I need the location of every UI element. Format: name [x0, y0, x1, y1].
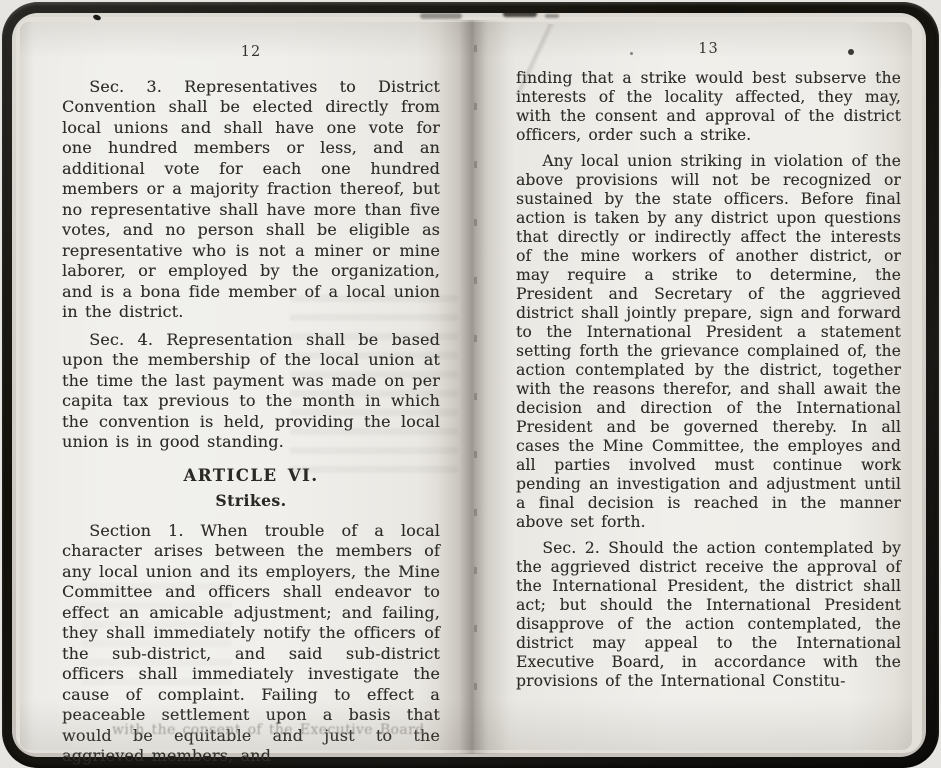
right-page: 13 finding that a strike would best subs… [472, 22, 912, 750]
page-number-left: 12 [62, 42, 440, 63]
bleedthrough-text: with the consent of the Executive Board [112, 722, 443, 738]
right-page-text-column: 13 finding that a strike would best subs… [516, 40, 901, 698]
scan-smudge [420, 13, 462, 19]
ink-speck [630, 52, 633, 55]
heading-article-vi: ARTICLE VI. [62, 466, 440, 487]
page-number-right: 13 [516, 40, 901, 59]
ink-speck [848, 49, 854, 55]
left-page: 12 Sec. 3. Representatives to District C… [20, 22, 472, 750]
paragraph-finding-continuation: finding that a strike would best subserv… [516, 69, 901, 145]
book-scan: 12 Sec. 3. Representatives to District C… [0, 0, 941, 768]
paragraph-any-local-union: Any local union striking in violation of… [516, 152, 901, 532]
scan-smudge [503, 10, 537, 17]
scan-smudge [545, 14, 559, 18]
heading-strikes: Strikes. [62, 491, 440, 512]
paragraph-sec-3: Sec. 3. Representatives to District Conv… [62, 77, 440, 323]
left-page-text-column: 12 Sec. 3. Representatives to District C… [62, 42, 440, 768]
paragraph-sec-4: Sec. 4. Representation shall be based up… [62, 330, 440, 453]
paragraph-sec-2: Sec. 2. Should the action contemplated b… [516, 539, 901, 691]
binding-stitches [474, 45, 477, 723]
